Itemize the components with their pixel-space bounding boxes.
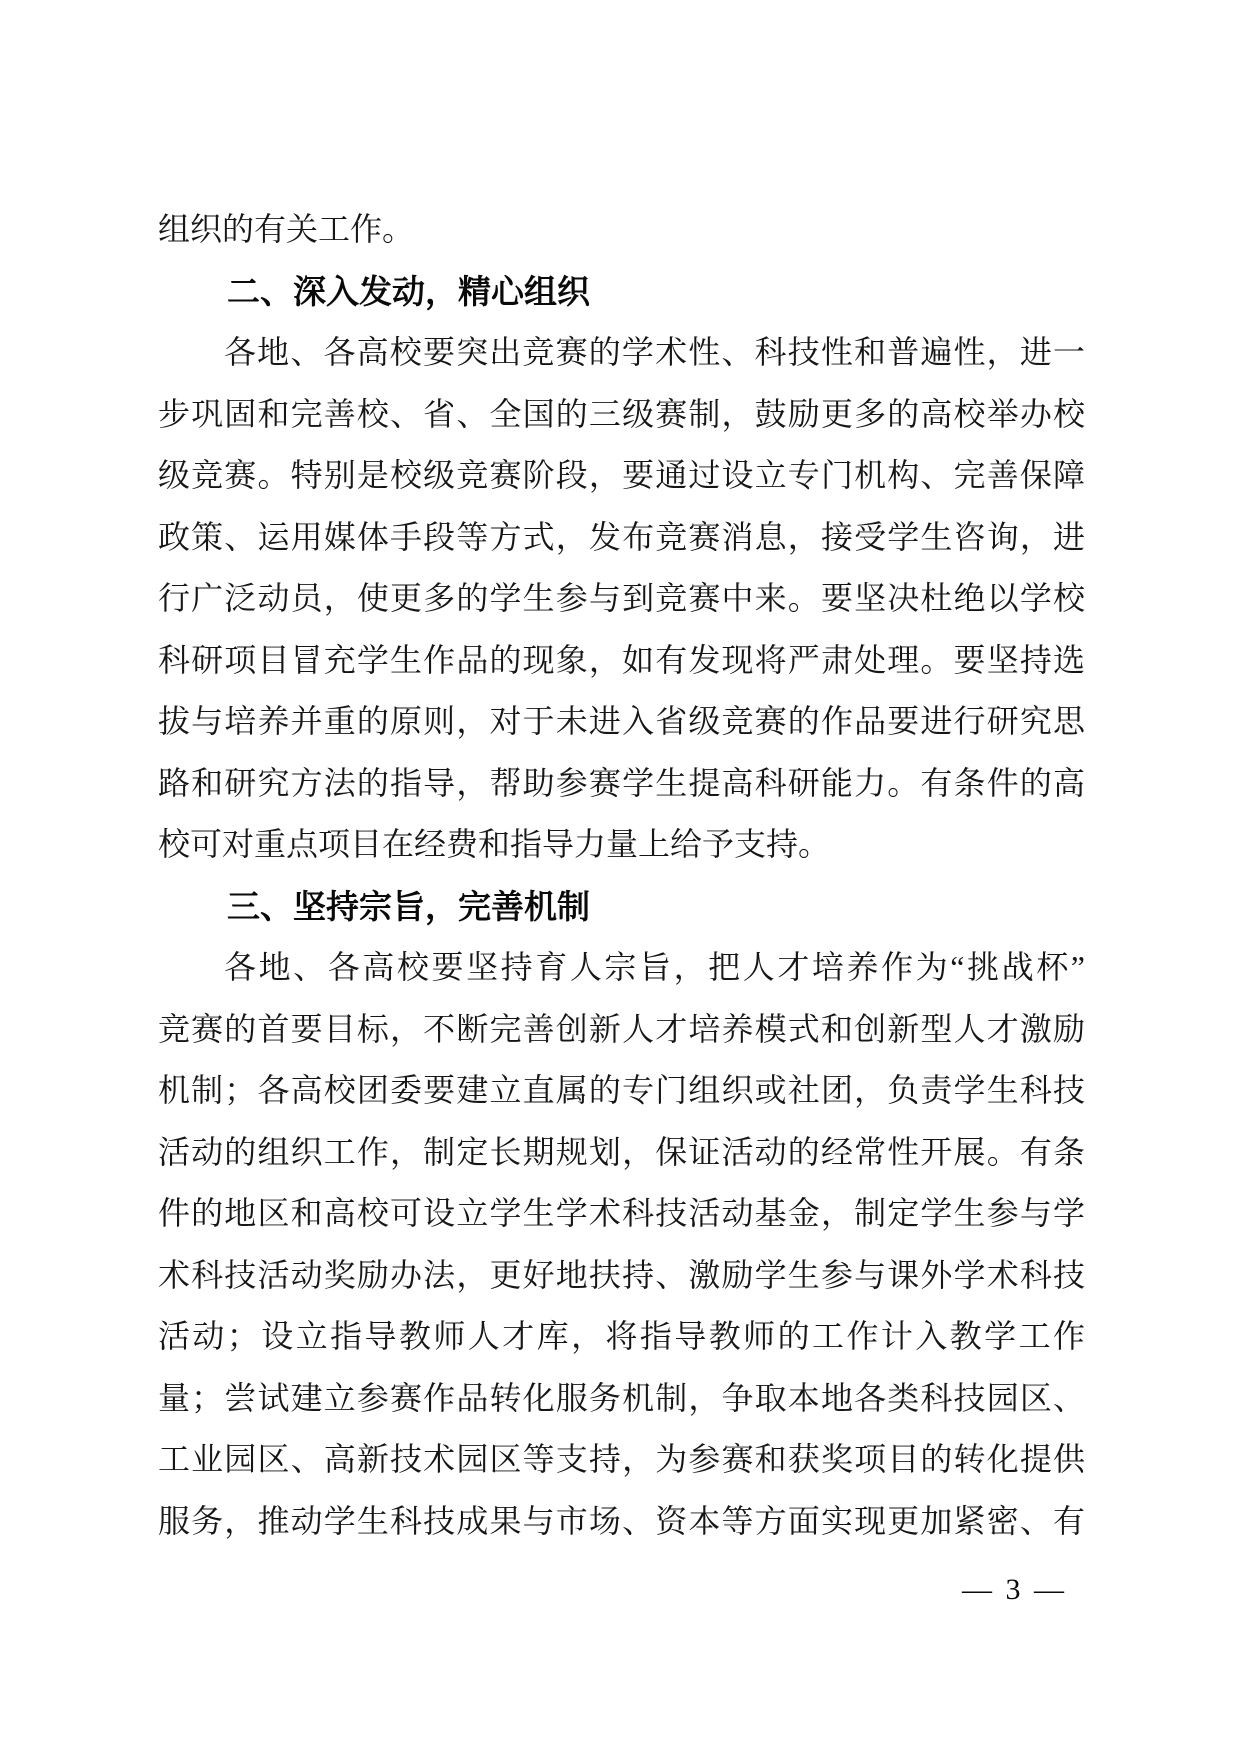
document-page: 组织的有关工作。二、深入发动，精心组织各地、各高校要突出竞赛的学术性、科技性和普… bbox=[0, 0, 1240, 1753]
text-line: 行广泛动员，使更多的学生参与到竞赛中来。要坚决杜绝以学校 bbox=[158, 568, 1085, 630]
text-line: 组织的有关工作。 bbox=[158, 199, 1085, 261]
text-line: 活动；设立指导教师人才库，将指导教师的工作计入教学工作 bbox=[158, 1306, 1085, 1368]
text-line: 机制；各高校团委要建立直属的专门组织或社团，负责学生科技 bbox=[158, 1060, 1085, 1122]
text-line: 拔与培养并重的原则，对于未进入省级竞赛的作品要进行研究思 bbox=[158, 691, 1085, 753]
text-line: 服务，推动学生科技成果与市场、资本等方面实现更加紧密、有 bbox=[158, 1491, 1085, 1553]
text-line: 级竞赛。特别是校级竞赛阶段，要通过设立专门机构、完善保障 bbox=[158, 445, 1085, 507]
text-line: 政策、运用媒体手段等方式，发布竞赛消息，接受学生咨询，进 bbox=[158, 507, 1085, 569]
section-heading: 二、深入发动，精心组织 bbox=[158, 261, 1085, 323]
text-line: 各地、各高校要坚持育人宗旨，把人才培养作为“挑战杯” bbox=[158, 937, 1085, 999]
text-line: 校可对重点项目在经费和指导力量上给予支持。 bbox=[158, 814, 1085, 876]
text-line: 活动的组织工作，制定长期规划，保证活动的经常性开展。有条 bbox=[158, 1122, 1085, 1184]
text-line: 量；尝试建立参赛作品转化服务机制，争取本地各类科技园区、 bbox=[158, 1368, 1085, 1430]
page-number: — 3 — bbox=[962, 1568, 1067, 1612]
document-body: 组织的有关工作。二、深入发动，精心组织各地、各高校要突出竞赛的学术性、科技性和普… bbox=[158, 199, 1085, 1552]
text-line: 各地、各高校要突出竞赛的学术性、科技性和普遍性，进一 bbox=[158, 322, 1085, 384]
text-line: 路和研究方法的指导，帮助参赛学生提高科研能力。有条件的高 bbox=[158, 753, 1085, 815]
text-line: 件的地区和高校可设立学生学术科技活动基金，制定学生参与学 bbox=[158, 1183, 1085, 1245]
text-line: 科研项目冒充学生作品的现象，如有发现将严肃处理。要坚持选 bbox=[158, 630, 1085, 692]
text-line: 竞赛的首要目标，不断完善创新人才培养模式和创新型人才激励 bbox=[158, 999, 1085, 1061]
text-line: 步巩固和完善校、省、全国的三级赛制，鼓励更多的高校举办校 bbox=[158, 384, 1085, 446]
text-line: 术科技活动奖励办法，更好地扶持、激励学生参与课外学术科技 bbox=[158, 1245, 1085, 1307]
section-heading: 三、坚持宗旨，完善机制 bbox=[158, 876, 1085, 938]
text-line: 工业园区、高新技术园区等支持，为参赛和获奖项目的转化提供 bbox=[158, 1429, 1085, 1491]
